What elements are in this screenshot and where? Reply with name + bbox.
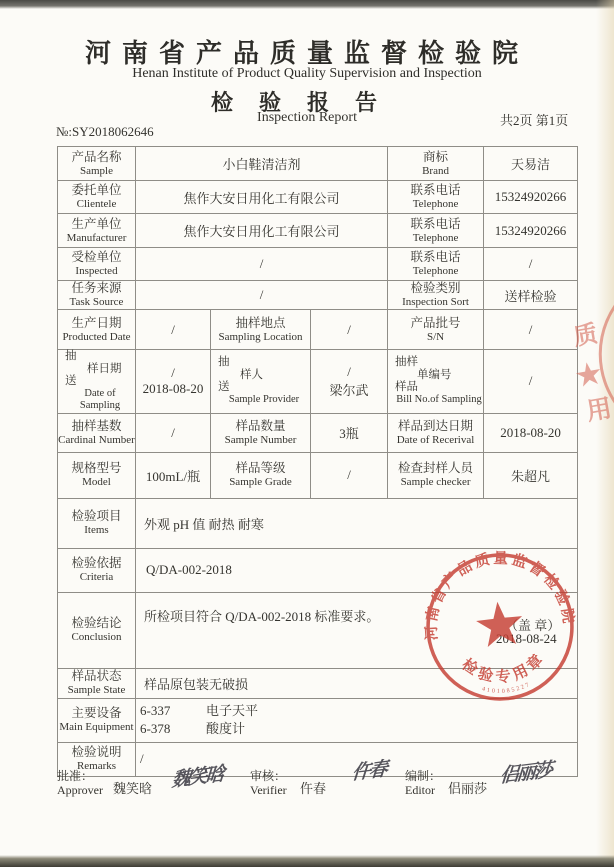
label-inspected: 受检单位Inspected (58, 248, 136, 281)
stamp-star-icon (474, 599, 525, 648)
value-sample-provider: / 梁尔武 (311, 350, 388, 414)
institute-title-cn: 河南省产品质量监督检验院 (0, 33, 614, 70)
editor-label: 编制：Editor (405, 769, 441, 797)
row-items: 检验项目Items 外观 pH 值 耐热 耐寒 (58, 498, 578, 548)
label-main-equipment: 主要设备Main Equipment (58, 698, 136, 742)
approver-name: 魏笑晗 (113, 778, 152, 797)
label-sample-number: 样品数量Sample Number (211, 413, 311, 452)
value-brand: 天易洁 (484, 147, 578, 181)
label-sample-checker: 检查封样人员Sample checker (388, 452, 484, 498)
value-producted-date: / (136, 310, 211, 350)
inspection-report-page: 河南省产品质量监督检验院 Henan Institute of Product … (0, 0, 614, 867)
value-main-equipment: 6-337电子天平 6-378酸度计 (136, 698, 578, 742)
value-clientele: 焦作大安日用化工有限公司 (136, 181, 388, 214)
value-manufacturer-phone: 15324920266 (484, 214, 578, 248)
editor-name: 侣丽莎 (448, 778, 487, 797)
scan-edge-bottom (0, 855, 614, 867)
equipment-line: 6-378酸度计 (140, 720, 577, 738)
verifier-signature: 仵春 (351, 754, 387, 786)
equipment-line: 6-337电子天平 (140, 702, 577, 720)
value-manufacturer: 焦作大安日用化工有限公司 (136, 214, 388, 248)
row-producted-date: 生产日期Producted Date / 抽样地点Sampling Locati… (58, 310, 578, 350)
label-date-of-sampling: 抽 样日期 送 Date of Sampling (58, 350, 136, 414)
label-bill-no: 抽样 单编号 样品 Bill No.of Sampling (388, 350, 484, 414)
label-brand: 商标Brand (388, 147, 484, 181)
edge-stamp-fragment: 质 ★ 用 (556, 292, 614, 462)
value-date-of-sampling: / 2018-08-20 (136, 350, 211, 414)
value-model: 100mL/瓶 (136, 452, 211, 498)
label-manufacturer: 生产单位Manufacturer (58, 214, 136, 248)
label-date-of-receival: 样品到达日期Date of Recerival (388, 413, 484, 452)
label-clientele-phone: 联系电话Telephone (388, 181, 484, 214)
report-number: №:SY2018062646 (56, 124, 154, 140)
pagination: 共2页 第1页 (500, 110, 568, 129)
label-clientele: 委托单位Clientele (58, 181, 136, 214)
value-inspected-phone: / (484, 248, 578, 281)
value-cardinal-number: / (136, 413, 211, 452)
label-sample-provider: 抽 样人 送 Sample Provider (211, 350, 311, 414)
value-items: 外观 pH 值 耐热 耐寒 (136, 498, 578, 548)
label-sample-grade: 样品等级Sample Grade (211, 452, 311, 498)
row-sampling: 抽 样日期 送 Date of Sampling / 2018-08-20 抽 … (58, 350, 578, 414)
official-stamp: 河南省产品质量监督检验院 检验专用章 4101085227 (423, 550, 577, 704)
label-criteria: 检验依据Criteria (58, 548, 136, 592)
value-inspected: / (136, 248, 388, 281)
label-inspected-phone: 联系电话Telephone (388, 248, 484, 281)
approver-label: 批准：Approver (57, 769, 103, 797)
value-sampling-location: / (311, 310, 388, 350)
value-clientele-phone: 15324920266 (484, 181, 578, 214)
value-sample-grade: / (311, 452, 388, 498)
value-sample: 小白鞋清洁剂 (136, 147, 388, 181)
label-sample: 产品名称Sample (58, 147, 136, 181)
approver-signature: 魏笑晗 (171, 759, 224, 793)
row-equipment: 主要设备Main Equipment 6-337电子天平 6-378酸度计 (58, 698, 578, 742)
edge-stamp-char-top: 质 (571, 319, 599, 351)
label-producted-date: 生产日期Producted Date (58, 310, 136, 350)
row-model: 规格型号Model 100mL/瓶 样品等级Sample Grade / 检查封… (58, 452, 578, 498)
row-inspected: 受检单位Inspected / 联系电话Telephone / (58, 248, 578, 281)
verifier-name: 仵春 (300, 778, 326, 797)
value-task-source: / (136, 281, 388, 310)
value-sample-number: 3瓶 (311, 413, 388, 452)
label-model: 规格型号Model (58, 452, 136, 498)
row-task-source: 任务来源Task Source / 检验类别Inspection Sort 送样… (58, 281, 578, 310)
stamp-bottom-text: 检验专用章 (457, 647, 551, 690)
row-cardinal: 抽样基数Cardinal Number / 样品数量Sample Number … (58, 413, 578, 452)
row-clientele: 委托单位Clientele 焦作大安日用化工有限公司 联系电话Telephone… (58, 181, 578, 214)
label-cardinal-number: 抽样基数Cardinal Number (58, 413, 136, 452)
label-items: 检验项目Items (58, 498, 136, 548)
label-conclusion: 检验结论Conclusion (58, 592, 136, 668)
label-sample-state: 样品状态Sample State (58, 668, 136, 698)
label-task-source: 任务来源Task Source (58, 281, 136, 310)
label-sampling-location: 抽样地点Sampling Location (211, 310, 311, 350)
label-inspection-sort: 检验类别Inspection Sort (388, 281, 484, 310)
editor-signature: 侣丽莎 (499, 755, 552, 789)
row-sample: 产品名称Sample 小白鞋清洁剂 商标Brand 天易洁 (58, 147, 578, 181)
row-manufacturer: 生产单位Manufacturer 焦作大安日用化工有限公司 联系电话Teleph… (58, 214, 578, 248)
label-product-sn: 产品批号S/N (388, 310, 484, 350)
scan-edge-top (0, 0, 614, 9)
verifier-label: 审核：Verifier (250, 769, 287, 797)
label-manufacturer-phone: 联系电话Telephone (388, 214, 484, 248)
edge-stamp-char-bottom: 用 (584, 394, 613, 426)
institute-title-en: Henan Institute of Product Quality Super… (0, 66, 614, 82)
